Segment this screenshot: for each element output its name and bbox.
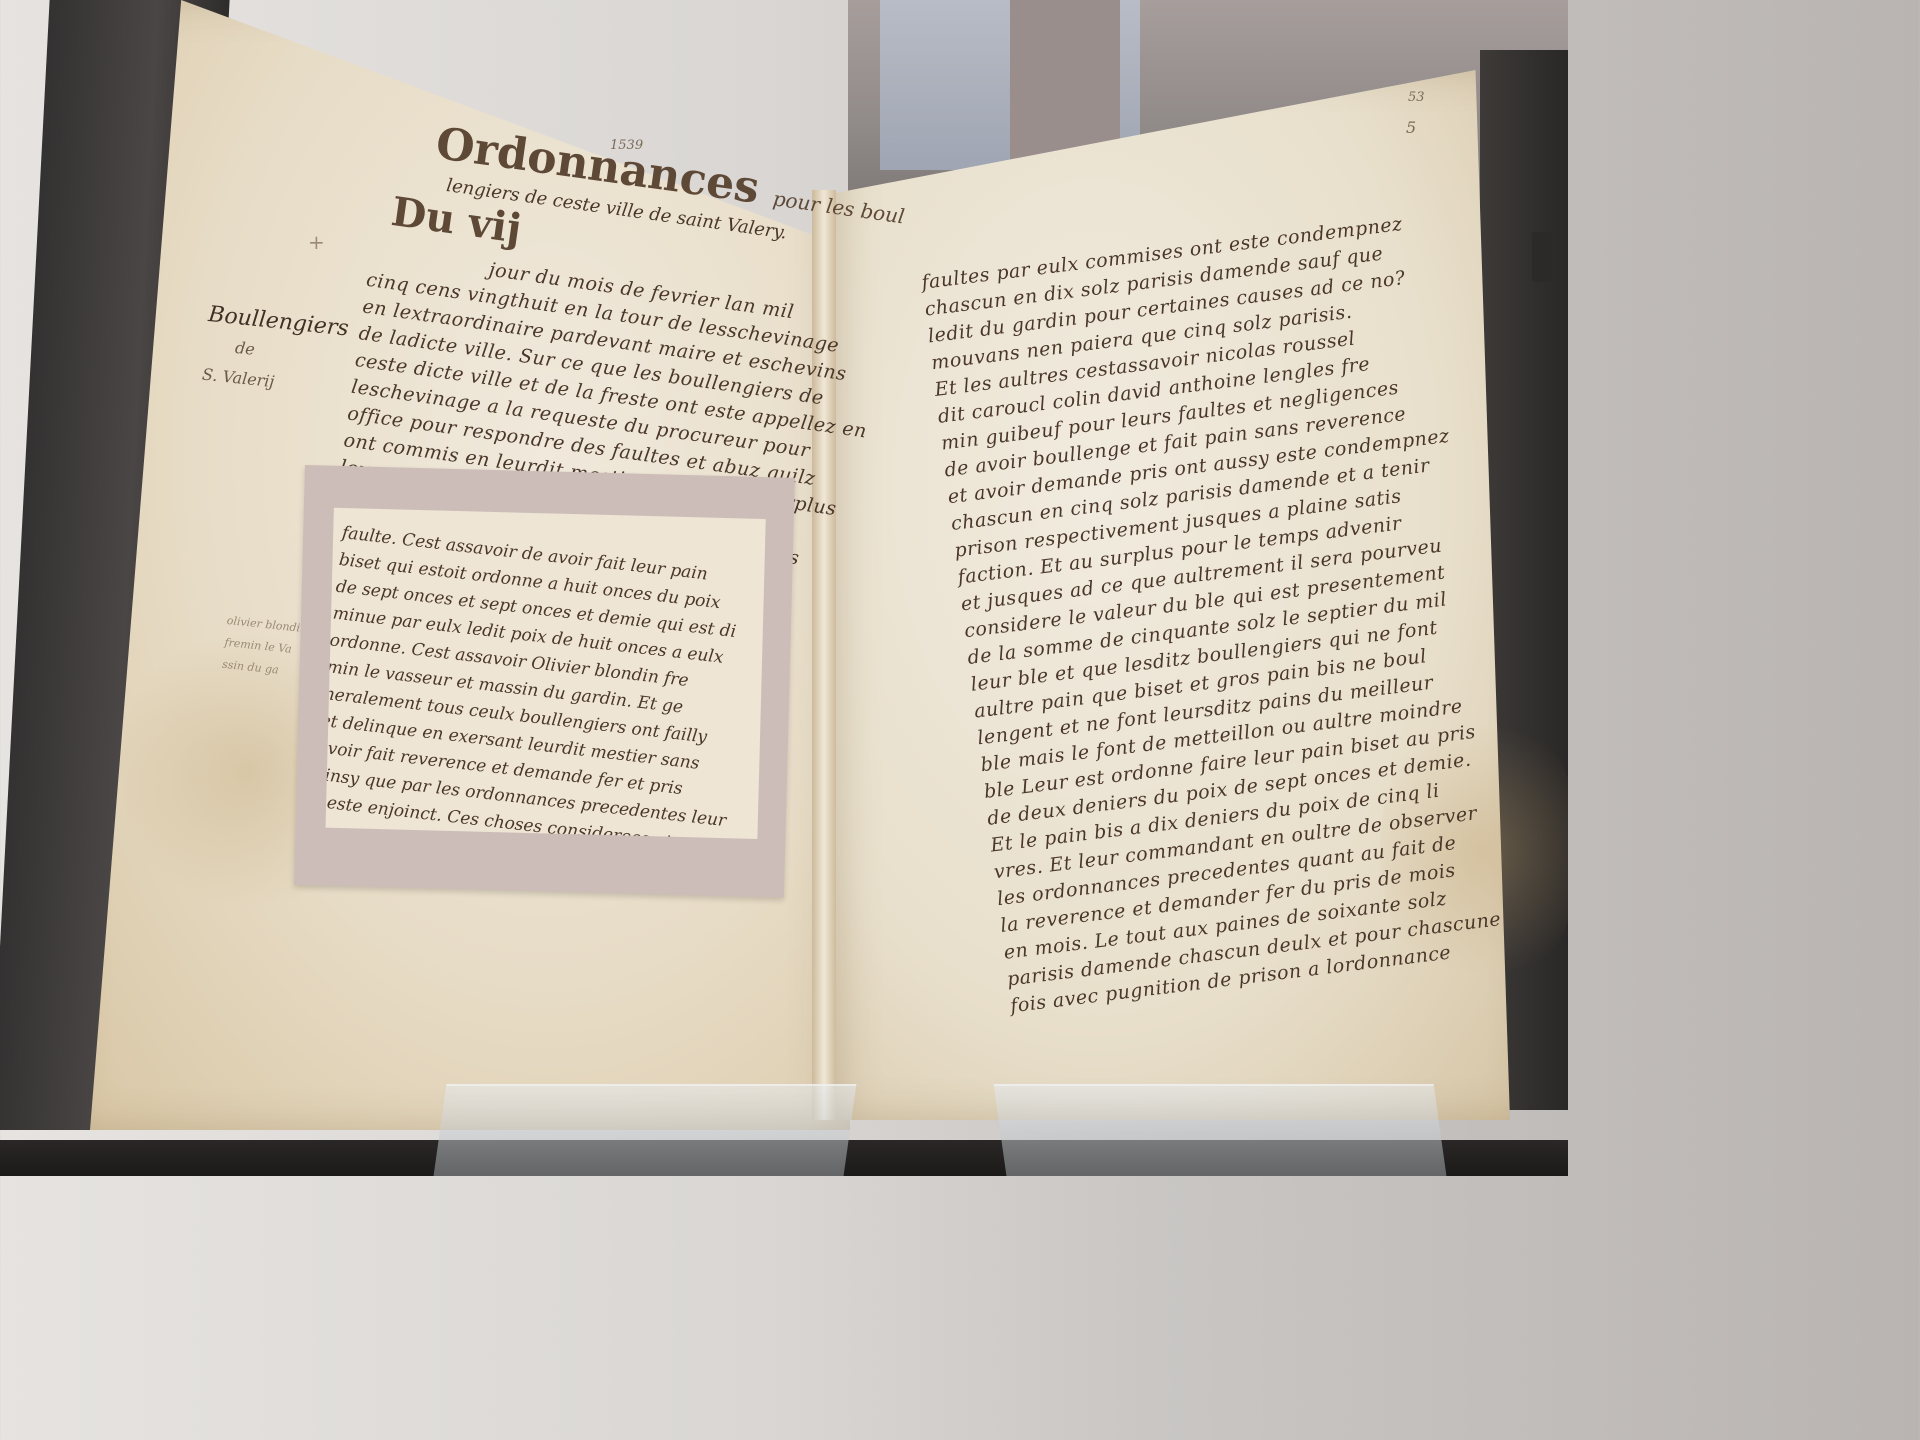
cross-mark: + xyxy=(308,230,325,254)
paper-mat-inset: faulte. Cest assavoir de avoir fait leur… xyxy=(294,465,795,898)
folio-number-right: 53 xyxy=(1408,90,1425,105)
margin-faint-note: olivier blondin fremin le Va ssin du ga xyxy=(221,610,308,684)
margin-note: Boullengiers de S. Valerij xyxy=(201,300,350,404)
inset-text: faulte. Cest assavoir de avoir fait leur… xyxy=(326,520,755,839)
right-page-text: faultes par eulx commises ont este conde… xyxy=(920,215,1459,1020)
folio-sub-right: 5 xyxy=(1406,118,1416,137)
acrylic-stand-right xyxy=(994,1084,1447,1176)
book-gutter xyxy=(812,190,836,1120)
heading-suffix: pour les boul xyxy=(771,186,906,228)
clasp-icon xyxy=(1532,232,1552,282)
acrylic-stand-left xyxy=(434,1084,857,1176)
background-pillar xyxy=(1010,0,1120,160)
museum-display-scene: 1539 53 5 Ordonnances pour les boul leng… xyxy=(0,0,1568,1176)
mat-window: faulte. Cest assavoir de avoir fait leur… xyxy=(326,508,766,839)
